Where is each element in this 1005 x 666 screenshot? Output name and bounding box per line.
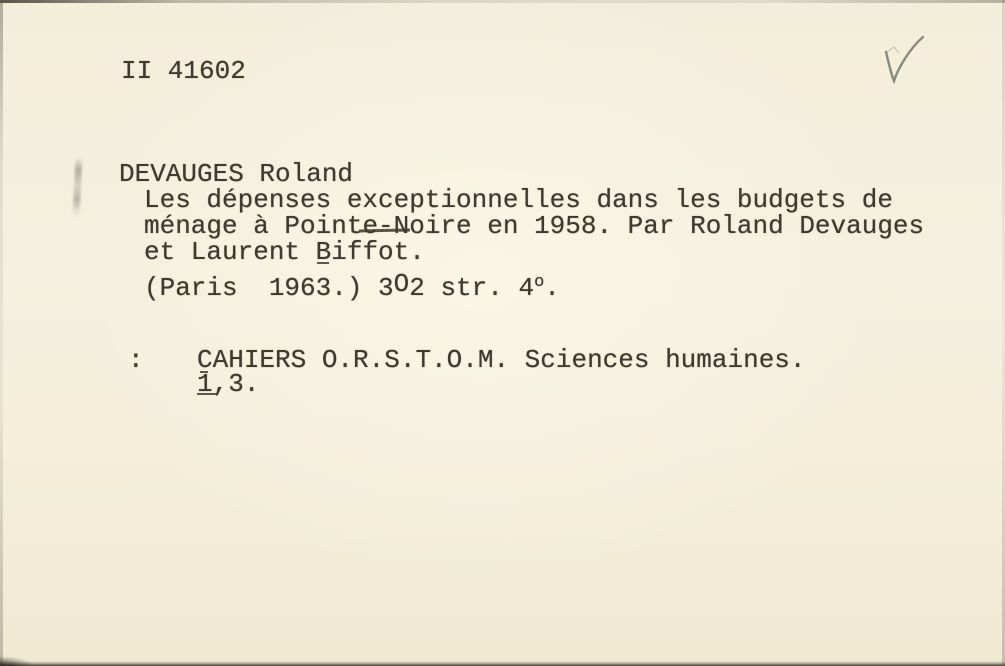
series-note: CAHIERS O.R.S.T.O.M. Sciences humaines. … [197, 348, 806, 396]
underlined-letter-b: B [316, 239, 332, 265]
title-line-1: Les dépenses exceptionnelles dans les bu… [119, 187, 924, 213]
bibliographic-entry: DEVAUGES Roland Les dépenses exceptionne… [119, 161, 924, 305]
title-line-3-text: et Laurent [144, 237, 316, 267]
series-separator-colon: : [128, 347, 144, 373]
title-line-2-text-end: oire en 1958. Par Roland Devauges [409, 211, 924, 241]
imprint-text-mid: 2 str. 4 [409, 273, 534, 303]
series-title-text: AHIERS O.R.S.T.O.M. Sciences humaines. [213, 345, 806, 375]
catalog-card: II 41602 DEVAUGES Roland Les dépenses ex… [0, 0, 1005, 666]
ink-smudge [72, 157, 82, 217]
title-line-2: ménage à Pointe-Noire en 1958. Par Rolan… [119, 213, 924, 239]
series-title-line: CAHIERS O.R.S.T.O.M. Sciences humaines. [197, 348, 806, 372]
series-volume-text: ,3. [213, 369, 260, 399]
call-number: II 41602 [121, 58, 246, 84]
raised-letter-o: O [394, 271, 410, 297]
overstrike-text: e-N [362, 213, 409, 239]
series-volume-line: 1,3. [197, 372, 806, 396]
scan-edge-left [0, 0, 3, 666]
imprint-text-end: . [544, 273, 560, 303]
author-heading: DEVAUGES Roland [119, 161, 924, 187]
scan-corner-shadow [0, 656, 34, 666]
scan-edge-bottom [0, 661, 1005, 666]
title-line-3-text-end: iffot. [331, 237, 425, 267]
title-line-3: et Laurent Biffot. [119, 239, 924, 265]
underlined-volume-number: 1 [197, 372, 213, 396]
pencil-checkmark-icon [874, 30, 940, 88]
degree-sign: o [534, 270, 544, 296]
imprint-line: (Paris 1963.) 3O2 str. 4o. [119, 275, 924, 305]
imprint-text: (Paris 1963.) 3 [144, 273, 394, 303]
scan-edge-top [0, 0, 1005, 3]
